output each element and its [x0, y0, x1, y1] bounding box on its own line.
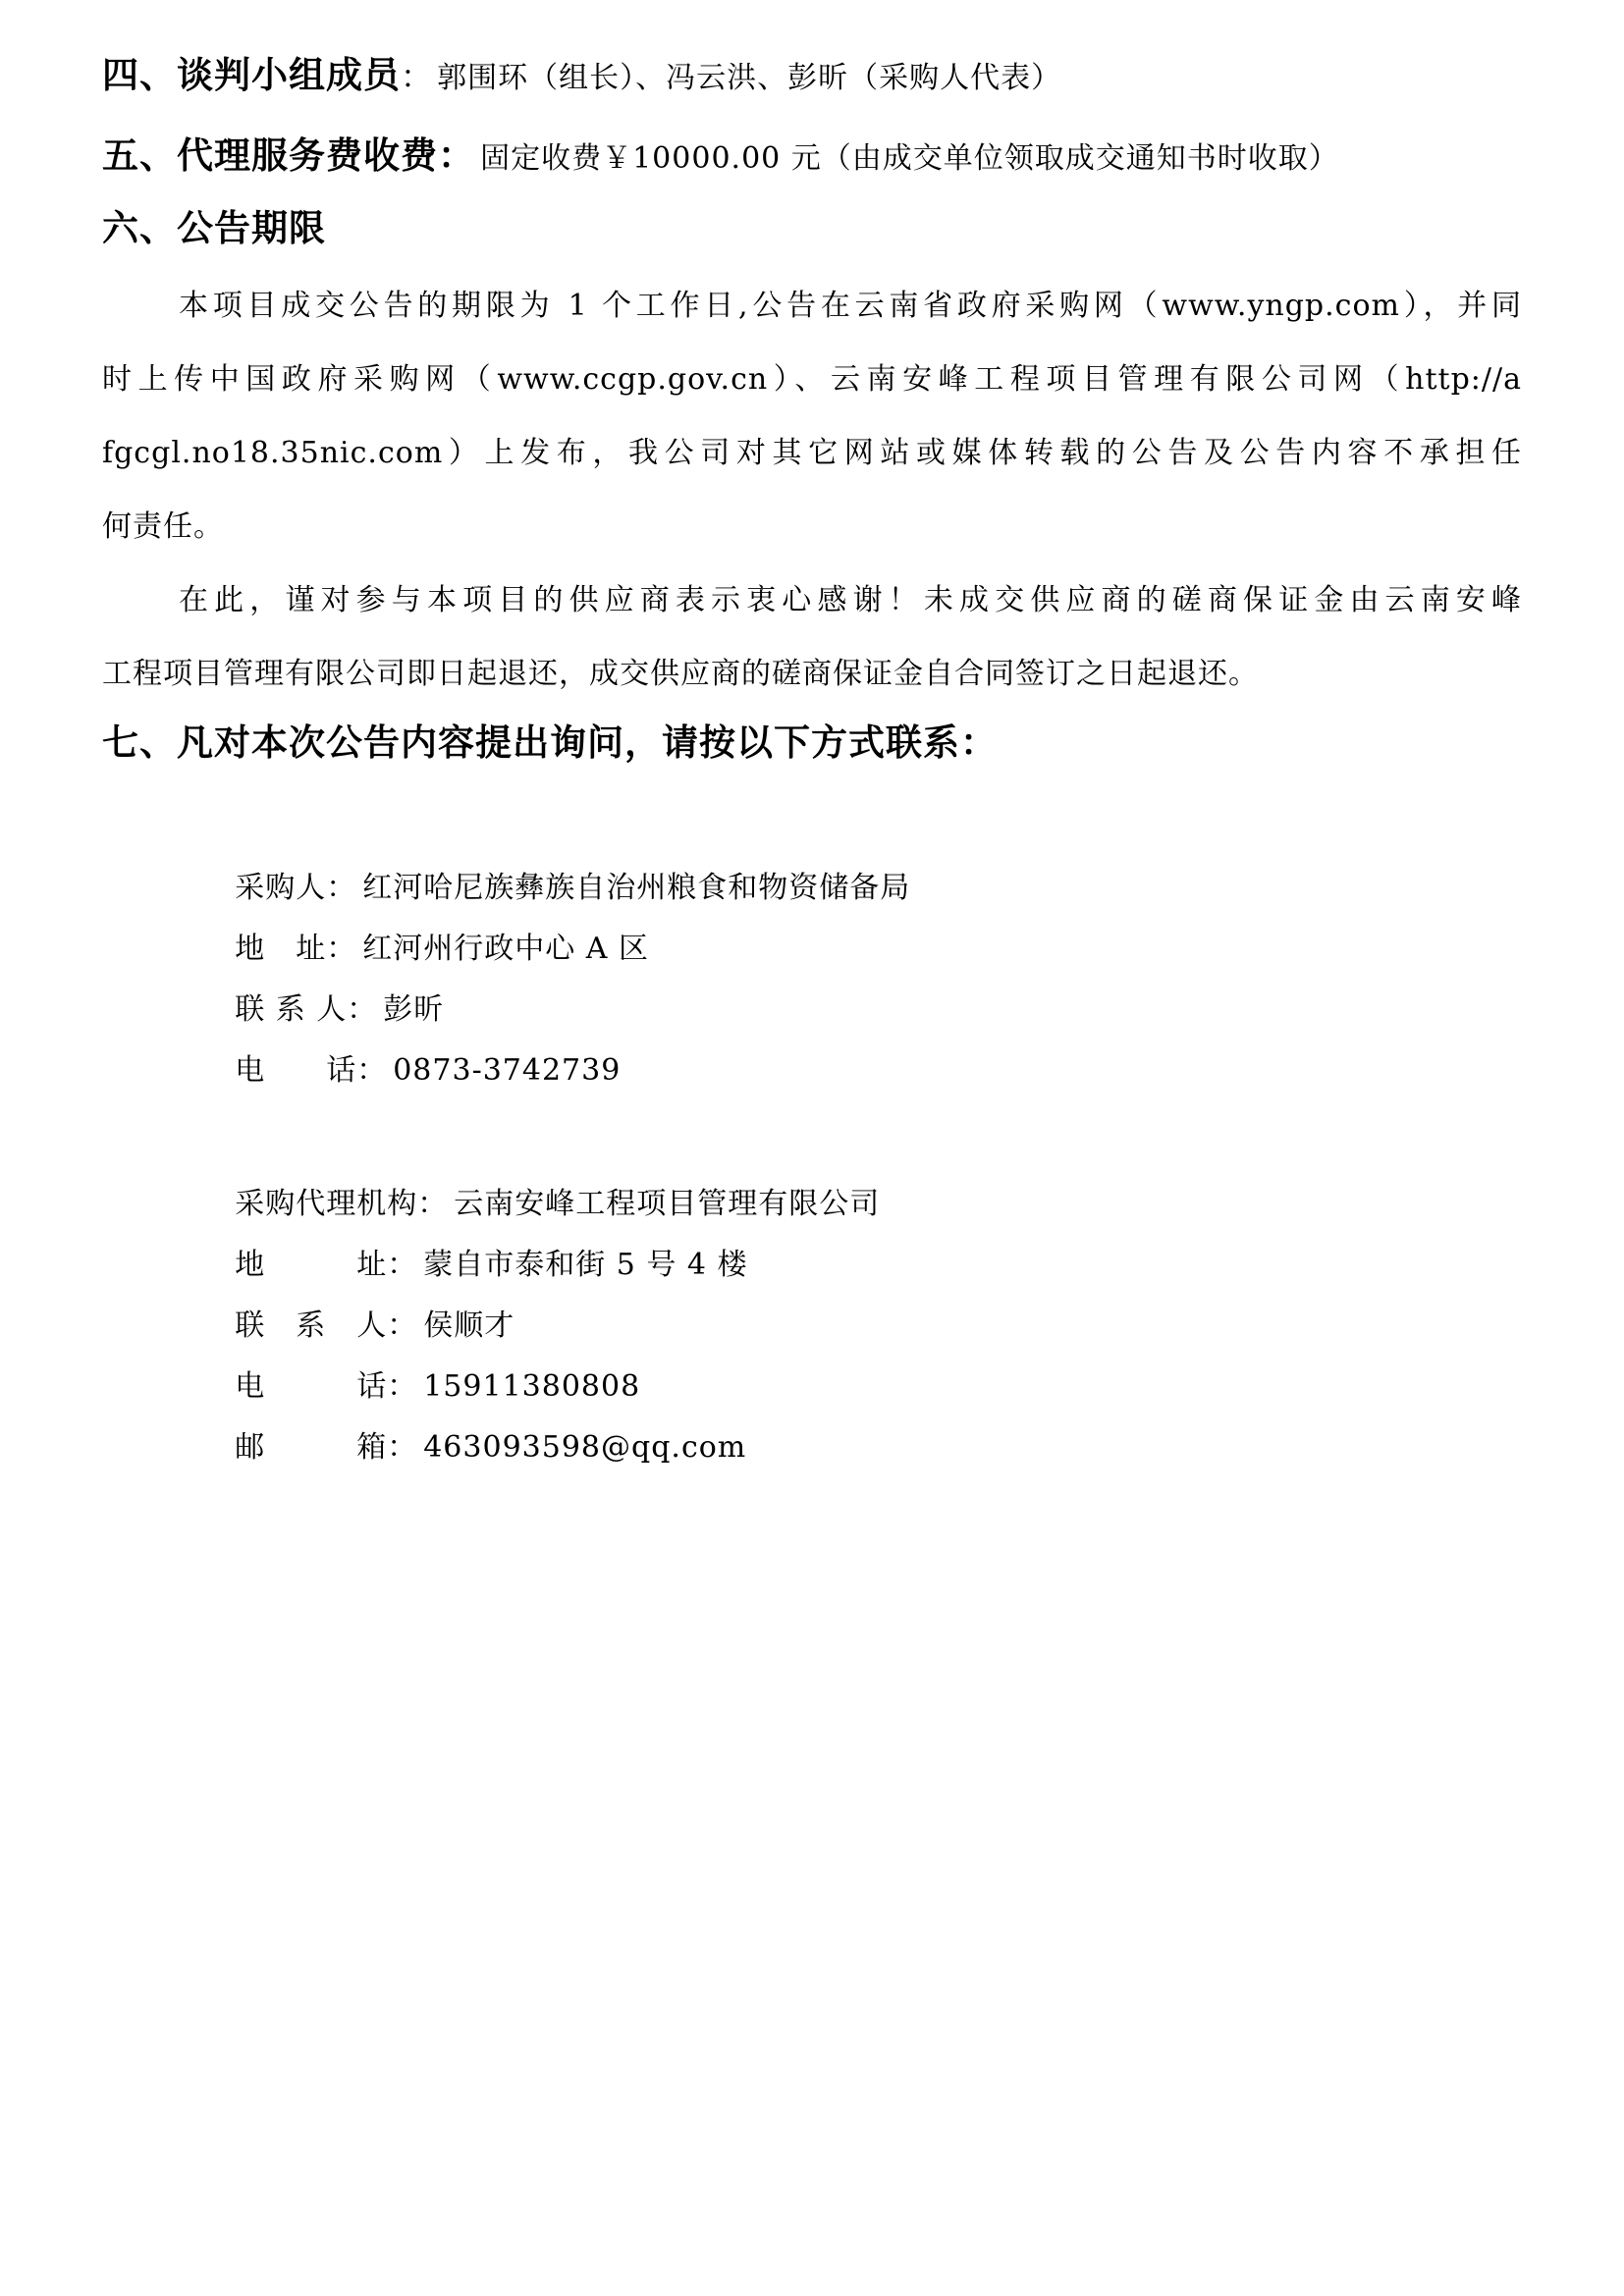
contact-label: 地 址： — [235, 1248, 417, 1282]
section-5-content: 固定收费￥10000.00 元（由成交单位领取成交通知书时收取） — [480, 141, 1339, 176]
section-5-heading: 五、代理服务费收费： — [102, 134, 475, 177]
document-page: 四、谈判小组成员： 郭围环（组长）、冯云洪、彭昕（采购人代表） 五、代理服务费收… — [0, 0, 1624, 2296]
contact-value: 463093598@qq.com — [423, 1430, 746, 1465]
contact-value: 侯顺才 — [423, 1308, 514, 1343]
section-6-line: 六、公告期限 — [102, 204, 1522, 253]
contact-label: 联 系 人： — [235, 992, 377, 1027]
section-7-heading: 七、凡对本次公告内容提出询问，请按以下方式联系： — [102, 721, 998, 764]
contact-label: 邮 箱： — [235, 1430, 417, 1465]
contact-row-agency-name: 采购代理机构：云南安峰工程项目管理有限公司 — [179, 1113, 1522, 1174]
paragraph-line: 在此，谨对参与本项目的供应商表示衷心感谢！未成交供应商的磋商保证金由云南安峰 — [102, 563, 1522, 637]
purchaser-contact-block: 采购人：红河哈尼族彝族自治州粮食和物资储备局 地 址：红河州行政中心 A 区 联… — [102, 797, 1522, 1041]
contact-row-purchaser-name: 采购人：红河哈尼族彝族自治州粮食和物资储备局 — [179, 797, 1522, 858]
contact-value: 蒙自市泰和街 5 号 4 楼 — [423, 1248, 747, 1282]
paragraph-line: fgcgl.no18.35nic.com）上发布，我公司对其它网站或媒体转载的公… — [102, 416, 1522, 490]
section-4-separator: ： — [401, 58, 432, 95]
contact-label: 采购人： — [235, 871, 356, 905]
contact-label: 电 话： — [235, 1369, 417, 1404]
contact-label: 地 址： — [235, 932, 356, 966]
contact-value: 15911380808 — [423, 1369, 640, 1404]
agency-contact-block: 采购代理机构：云南安峰工程项目管理有限公司 地 址：蒙自市泰和街 5 号 4 楼… — [102, 1113, 1522, 1417]
contact-label: 采购代理机构： — [235, 1187, 448, 1221]
contact-value: 红河哈尼族彝族自治州粮食和物资储备局 — [362, 871, 910, 905]
contact-label: 电 话： — [235, 1053, 387, 1088]
contact-value: 0873-3742739 — [393, 1053, 621, 1088]
section-4-heading: 四、谈判小组成员 — [102, 54, 401, 96]
section-5-line: 五、代理服务费收费： 固定收费￥10000.00 元（由成交单位领取成交通知书时… — [102, 132, 1522, 181]
paragraph-line: 时上传中国政府采购网（www.ccgp.gov.cn）、云南安峰工程项目管理有限… — [102, 343, 1522, 416]
paragraph-line: 工程项目管理有限公司即日起退还，成交供应商的磋商保证金自合同签订之日起退还。 — [102, 637, 1522, 711]
announcement-period-paragraph: 本项目成交公告的期限为 1 个工作日,公告在云南省政府采购网（www.yngp.… — [102, 269, 1522, 563]
section-4-line: 四、谈判小组成员： 郭围环（组长）、冯云洪、彭昕（采购人代表） — [102, 51, 1522, 100]
paragraph-line: 何责任。 — [102, 490, 1522, 563]
thanks-refund-paragraph: 在此，谨对参与本项目的供应商表示衷心感谢！未成交供应商的磋商保证金由云南安峰 工… — [102, 563, 1522, 711]
contact-value: 彭昕 — [383, 992, 444, 1027]
section-6-heading: 六、公告期限 — [102, 207, 326, 249]
section-7-line: 七、凡对本次公告内容提出询问，请按以下方式联系： — [102, 719, 1522, 768]
section-4-content: 郭围环（组长）、冯云洪、彭昕（采购人代表） — [437, 61, 1061, 95]
contact-value: 红河州行政中心 A 区 — [362, 932, 649, 966]
contact-value: 云南安峰工程项目管理有限公司 — [454, 1187, 880, 1221]
paragraph-line: 本项目成交公告的期限为 1 个工作日,公告在云南省政府采购网（www.yngp.… — [102, 269, 1522, 343]
contact-label: 联 系 人： — [235, 1308, 417, 1343]
